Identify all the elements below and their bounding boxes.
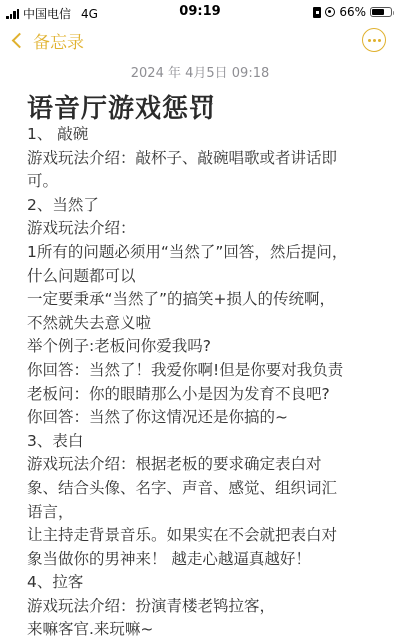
note-line: 3、表白 bbox=[27, 430, 377, 454]
note-line: 4、拉客 bbox=[27, 571, 377, 595]
note-line: 举个例子:老板问你爱我吗? bbox=[27, 335, 377, 359]
note-line: 2、当然了 bbox=[27, 194, 377, 218]
status-bar: 中国电信 4G 09:19 66% bbox=[0, 0, 400, 24]
note-line: 不然就失去意义啦 bbox=[27, 312, 377, 336]
note-line: 游戏玩法介绍：扮演青楼老鸨拉客， bbox=[27, 595, 377, 619]
portrait-lock-icon bbox=[313, 7, 321, 18]
note-line: 1、 敲碗 bbox=[27, 123, 377, 147]
note-line: 1所有的问题必须用“当然了”回答，然后提问， bbox=[27, 241, 377, 265]
note-title[interactable]: 语音厅游戏惩罚 bbox=[27, 88, 216, 125]
note-line: 语言， bbox=[27, 501, 377, 525]
note-line: 让主持走背景音乐。如果实在不会就把表白对 bbox=[27, 524, 377, 548]
more-options-button[interactable] bbox=[362, 28, 386, 52]
note-line: 你回答：当然了！我爱你啊!但是你要对我负责 bbox=[27, 359, 377, 383]
battery-percent: 66% bbox=[339, 5, 366, 19]
note-line: 什么问题都可以 bbox=[27, 265, 377, 289]
back-button[interactable]: 备忘录 bbox=[10, 28, 84, 53]
ellipsis-dot bbox=[378, 39, 381, 42]
note-line: 老板问：你的眼睛那么小是因为发育不良吧? bbox=[27, 383, 377, 407]
note-line: 象当做你的男神来！ 越走心越逼真越好！ bbox=[27, 548, 377, 572]
note-line: 可。 bbox=[27, 170, 377, 194]
chevron-left-icon bbox=[12, 33, 28, 49]
back-label: 备忘录 bbox=[33, 28, 84, 53]
nav-bar: 备忘录 bbox=[0, 26, 400, 58]
status-right: 66% bbox=[313, 5, 392, 19]
note-line: 游戏玩法介绍：敲杯子、敲碗唱歌或者讲话即 bbox=[27, 147, 377, 171]
ellipsis-dot bbox=[373, 39, 376, 42]
note-date: 2024 年 4月5日 09:18 bbox=[0, 62, 400, 81]
note-line: 象、结合头像、名字、声音、感觉、组织词汇 bbox=[27, 477, 377, 501]
note-line: 来嘛客官.来玩嘛~ bbox=[27, 618, 377, 640]
note-line: 游戏玩法介绍： bbox=[27, 217, 377, 241]
note-body[interactable]: 1、 敲碗 游戏玩法介绍：敲杯子、敲碗唱歌或者讲话即 可。 2、当然了 游戏玩法… bbox=[27, 123, 377, 640]
battery-icon bbox=[370, 7, 392, 17]
orientation-lock-icon bbox=[325, 7, 335, 17]
note-line: 一定要秉承“当然了”的搞笑+损人的传统啊， bbox=[27, 288, 377, 312]
note-line: 游戏玩法介绍：根据老板的要求确定表白对 bbox=[27, 453, 377, 477]
ellipsis-icon bbox=[368, 39, 371, 42]
note-line: 你回答：当然了你这情况还是你搞的~ bbox=[27, 406, 377, 430]
